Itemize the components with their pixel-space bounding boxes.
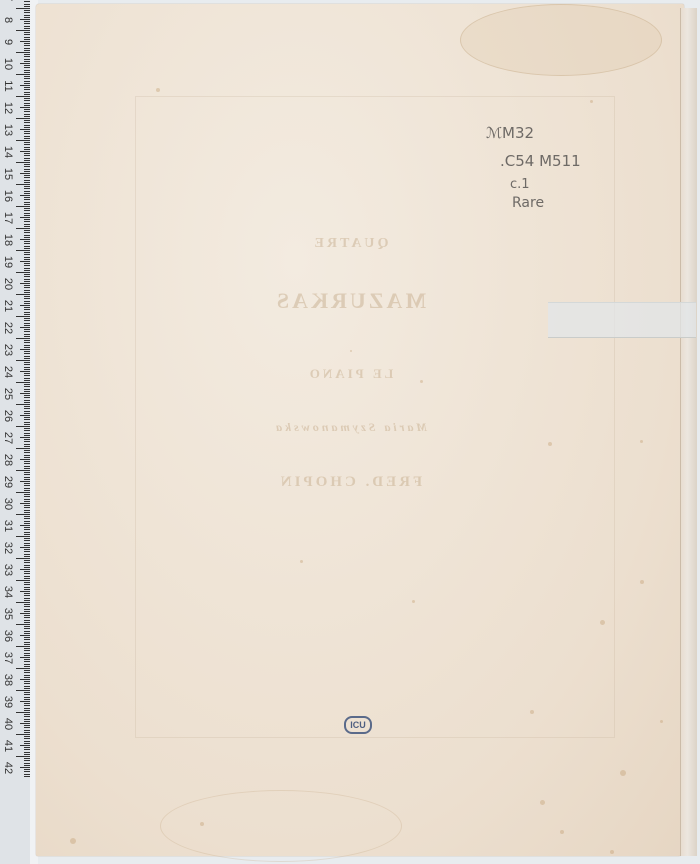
call-number-line-2: .C54 M511	[500, 152, 581, 170]
ruler-label: 14	[2, 145, 14, 159]
ruler-label: 10	[2, 57, 14, 71]
ruler-tick	[16, 624, 30, 625]
ruler-tick	[16, 30, 30, 31]
rare-note: Rare	[512, 194, 544, 212]
ruler-label: 39	[2, 695, 14, 709]
ruler-tick	[20, 525, 30, 526]
ruler-tick	[16, 184, 30, 185]
ruler-label: 28	[2, 453, 14, 467]
ruler-tick	[16, 360, 30, 361]
ruler-tick	[16, 536, 30, 537]
ruler-tick	[20, 195, 30, 196]
water-stain	[460, 4, 662, 76]
ruler-tick	[16, 602, 30, 603]
ruler-label: 31	[2, 519, 14, 533]
ruler-label: 36	[2, 629, 14, 643]
foxing-spot	[350, 350, 352, 352]
ruler-tick	[20, 415, 30, 416]
ruler-tick	[20, 393, 30, 394]
ruler-tick	[20, 701, 30, 702]
ruler-label: 11	[2, 79, 14, 93]
foxing-spot	[590, 100, 593, 103]
ruler-tick	[16, 448, 30, 449]
ruler-tick	[20, 635, 30, 636]
foxing-spot	[70, 838, 76, 844]
ruler-tick	[20, 613, 30, 614]
foxing-spot	[420, 380, 423, 383]
ruler-label: 38	[2, 673, 14, 687]
foxing-spot	[620, 770, 626, 776]
ruler-label: 40	[2, 717, 14, 731]
ruler-tick	[20, 19, 30, 20]
ruler-label: 15	[2, 167, 14, 181]
ruler-label: 23	[2, 343, 14, 357]
ruler-tick	[20, 63, 30, 64]
ruler-tick	[20, 459, 30, 460]
ruler-tick	[20, 569, 30, 570]
ruler-tick	[16, 756, 30, 757]
ruler-tick	[20, 41, 30, 42]
ruler-label: 13	[2, 123, 14, 137]
foxing-spot	[548, 442, 552, 446]
ruler-label: 9	[2, 35, 14, 49]
show-through-dedication: Maria Szymanowska	[0, 420, 700, 435]
ruler-tick	[20, 679, 30, 680]
ruler-tick	[20, 591, 30, 592]
ruler-label: 42	[2, 761, 14, 775]
foxing-spot	[300, 560, 303, 563]
ruler-tick	[16, 646, 30, 647]
show-through-title-1: QUATRE	[0, 236, 700, 252]
ruler-label: 16	[2, 189, 14, 203]
ruler-tick	[20, 151, 30, 152]
ruler-label: 35	[2, 607, 14, 621]
ruler-tick	[16, 558, 30, 559]
ruler-tick	[16, 338, 30, 339]
library-stamp: ICU	[344, 716, 372, 734]
ruler-tick	[20, 283, 30, 284]
ruler-label: 34	[2, 585, 14, 599]
foxing-spot	[540, 800, 545, 805]
ruler-tick	[20, 503, 30, 504]
foxing-spot	[530, 710, 534, 714]
foxing-spot	[200, 822, 204, 826]
ruler-label: 25	[2, 387, 14, 401]
ruler-tick	[16, 580, 30, 581]
ruler-tick	[20, 85, 30, 86]
ruler-label: 8	[2, 13, 14, 27]
ruler-tick	[20, 767, 30, 768]
ruler-tick	[16, 734, 30, 735]
foxing-spot	[156, 88, 160, 92]
ruler-label: 41	[2, 739, 14, 753]
ruler-tick	[16, 206, 30, 207]
foxing-spot	[640, 440, 643, 443]
repair-tape	[548, 302, 696, 338]
ruler-tick	[20, 547, 30, 548]
ruler-label: 17	[2, 211, 14, 225]
ruler-tick	[20, 107, 30, 108]
ruler-tick	[16, 382, 30, 383]
ruler-tick	[20, 349, 30, 350]
show-through-composer: FRED. CHOPIN	[0, 474, 700, 491]
ruler-label: 33	[2, 563, 14, 577]
ruler-tick	[16, 272, 30, 273]
ruler-tick	[20, 657, 30, 658]
ruler-tick	[16, 690, 30, 691]
ruler-tick	[16, 470, 30, 471]
ruler-tick	[16, 668, 30, 669]
ruler-label: 32	[2, 541, 14, 555]
foxing-spot	[600, 620, 605, 625]
ruler-tick	[16, 74, 30, 75]
ruler-tick	[16, 404, 30, 405]
foxing-spot	[560, 830, 564, 834]
ruler-label: 22	[2, 321, 14, 335]
ruler-label: 12	[2, 101, 14, 115]
ruler-tick	[20, 723, 30, 724]
ruler-label: 7	[2, 0, 14, 5]
ruler-tick	[20, 173, 30, 174]
ruler-tick	[16, 118, 30, 119]
ruler-tick	[16, 316, 30, 317]
foxing-spot	[660, 720, 663, 723]
ruler-tick	[20, 261, 30, 262]
ruler-label: 19	[2, 255, 14, 269]
ruler-tick	[20, 327, 30, 328]
water-stain	[160, 790, 402, 862]
ruler-label: 30	[2, 497, 14, 511]
ruler-tick	[16, 96, 30, 97]
foxing-spot	[640, 580, 644, 584]
show-through-instrument: LE PIANO	[0, 366, 700, 382]
ruler-tick	[20, 217, 30, 218]
ruler-tick	[16, 514, 30, 515]
ruler-tick	[16, 492, 30, 493]
ruler-tick	[16, 52, 30, 53]
ruler-tick	[16, 712, 30, 713]
ruler-label: 37	[2, 651, 14, 665]
ruler-tick	[16, 140, 30, 141]
ruler-tick	[20, 745, 30, 746]
plate-mark	[135, 96, 615, 738]
foxing-spot	[610, 850, 614, 854]
foxing-spot	[412, 600, 415, 603]
ruler-tick	[16, 162, 30, 163]
ruler-tick	[20, 437, 30, 438]
ruler-tick	[16, 228, 30, 229]
call-number-line-1: ℳM32	[486, 124, 534, 142]
ruler-tick	[16, 8, 30, 9]
ruler-tick	[20, 129, 30, 130]
copy-number: c.1	[510, 176, 530, 194]
